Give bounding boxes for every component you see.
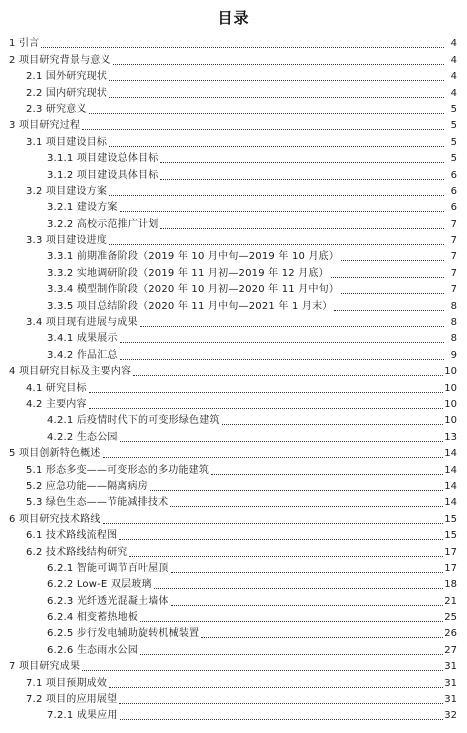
toc-entry[interactable]: 6.2.2 Low-E 双层玻璃18 [9, 577, 457, 593]
dot-leader [222, 424, 444, 425]
toc-page-number: 4 [445, 88, 457, 102]
toc-page-number: 31 [444, 661, 457, 675]
dot-leader [109, 80, 444, 81]
toc-page-number: 26 [444, 628, 457, 642]
dot-leader [120, 441, 444, 442]
dot-leader [103, 457, 444, 458]
dot-leader [331, 277, 444, 278]
toc-page-number: 14 [444, 448, 457, 462]
dot-leader [119, 539, 443, 540]
toc-entry-label: 6.2.5 步行发电辅助旋转机械装置 [47, 628, 199, 642]
toc-entry-label: 2 项目研究背景与意义 [9, 55, 111, 69]
toc-page-number: 5 [445, 120, 457, 134]
toc-page-number: 8 [445, 317, 457, 331]
toc-entry[interactable]: 3.4 项目现有进展与成果8 [9, 315, 457, 331]
toc-entry-label: 7.2 项目的应用展望 [26, 694, 117, 708]
toc-entry-label: 3.4.2 作品汇总 [47, 350, 118, 364]
toc-entry[interactable]: 3.3.4 模型制作阶段（2020 年 10 月初—2020 年 11 月中旬）… [9, 282, 457, 298]
dot-leader [171, 572, 444, 573]
toc-entry-label: 1 引言 [9, 38, 39, 52]
toc-page-number: 31 [444, 694, 457, 708]
toc-entry[interactable]: 2.3 研究意义5 [9, 102, 457, 118]
page-title: 目录 [0, 7, 467, 28]
toc-entry-label: 2.1 国外研究现状 [26, 71, 107, 85]
toc-entry[interactable]: 1 引言4 [9, 36, 457, 52]
dot-leader [334, 310, 444, 311]
toc-entry[interactable]: 5 项目创新特色概述14 [9, 446, 457, 462]
toc-entry-label: 3.1.2 项目建设具体目标 [47, 170, 158, 184]
toc-entry[interactable]: 7.2.1 成果应用32 [9, 708, 457, 724]
toc-entry[interactable]: 6.1 技术路线流程图15 [9, 528, 457, 544]
toc-entry-label: 7.1 项目预期成效 [26, 678, 107, 692]
dot-leader [170, 506, 443, 507]
toc-entry[interactable]: 3.3.2 实地调研阶段（2019 年 11 月初—2019 年 12 月底）7 [9, 265, 457, 281]
dot-leader [109, 97, 444, 98]
toc-entry-label: 2.2 国内研究现状 [26, 88, 107, 102]
toc-page-number: 7 [445, 219, 457, 233]
toc-page-number: 15 [444, 530, 457, 544]
toc-page-number: 5 [445, 153, 457, 167]
toc-page-number: 25 [444, 612, 457, 626]
toc-entry[interactable]: 3.3 项目建设进度7 [9, 233, 457, 249]
toc-entry[interactable]: 3.3.1 前期准备阶段（2019 年 10 月中旬—2019 年 10 月底）… [9, 249, 457, 265]
toc-page-number: 10 [444, 383, 457, 397]
toc-page-number: 10 [444, 415, 457, 429]
toc-entry-label: 2.3 研究意义 [26, 104, 87, 118]
toc-page-number: 7 [445, 235, 457, 249]
toc-entry[interactable]: 3.4.2 作品汇总9 [9, 347, 457, 363]
dot-leader [150, 490, 443, 491]
toc-entry[interactable]: 6.2.3 光纤透光混凝土墙体21 [9, 593, 457, 609]
toc-entry[interactable]: 4.2.1 后疫情时代下的可变形绿色建筑10 [9, 413, 457, 429]
dot-leader [109, 146, 444, 147]
toc-page-number: 14 [444, 465, 457, 479]
toc-entry-label: 3.1.1 项目建设总体目标 [47, 153, 158, 167]
toc-entry-label: 6 项目研究技术路线 [9, 514, 101, 528]
toc-entry-label: 5 项目创新特色概述 [9, 448, 101, 462]
toc-entry-label: 5.2 应急功能——隔离病房 [26, 481, 148, 495]
dot-leader [113, 64, 444, 65]
toc-entry[interactable]: 6.2.5 步行发电辅助旋转机械装置26 [9, 626, 457, 642]
toc-entry-label: 4.2.2 生态公园 [47, 432, 118, 446]
toc-entry-label: 3.4.1 成果展示 [47, 333, 118, 347]
toc-entry[interactable]: 3.1.1 项目建设总体目标5 [9, 151, 457, 167]
toc-page-number: 31 [444, 678, 457, 692]
toc-page-number: 32 [444, 710, 457, 724]
toc-entry[interactable]: 2 项目研究背景与意义4 [9, 52, 457, 68]
toc-entry[interactable]: 7.2 项目的应用展望31 [9, 692, 457, 708]
toc-page-number: 8 [445, 301, 457, 315]
dot-leader [89, 392, 444, 393]
toc-entry[interactable]: 3.1 项目建设目标5 [9, 134, 457, 150]
toc-entry-label: 6.2.3 光纤透光混凝土墙体 [47, 596, 169, 610]
dot-leader [201, 637, 443, 638]
dot-leader [120, 342, 444, 343]
dot-leader [120, 359, 444, 360]
toc-page-number: 4 [445, 55, 457, 69]
toc-entry-label: 6.2.1 智能可调节百叶屋顶 [47, 563, 169, 577]
toc-entry[interactable]: 2.2 国内研究现状4 [9, 85, 457, 101]
dot-leader [171, 605, 444, 606]
toc-page-number: 15 [444, 514, 457, 528]
toc-page-number: 17 [444, 563, 457, 577]
dot-leader [341, 293, 444, 294]
toc-entry[interactable]: 3.1.2 项目建设具体目标6 [9, 167, 457, 183]
toc-page-number: 14 [444, 497, 457, 511]
toc-entry[interactable]: 4 项目研究目标及主要内容10 [9, 364, 457, 380]
toc-entry-label: 6.2.4 相变蓄热地板 [47, 612, 138, 626]
toc-entry[interactable]: 6.2.4 相变蓄热地板25 [9, 610, 457, 626]
toc-entry-label: 6.2 技术路线结构研究 [26, 547, 127, 561]
toc-entry[interactable]: 3.2.1 建设方案6 [9, 200, 457, 216]
toc-entry-label: 4.2 主要内容 [26, 399, 87, 413]
toc-entry-label: 6.2.2 Low-E 双层玻璃 [47, 579, 152, 593]
toc-entry[interactable]: 3.3.5 项目总结阶段（2020 年 11 月中旬—2021 年 1 月末）8 [9, 298, 457, 314]
dot-leader [89, 113, 444, 114]
toc-entry[interactable]: 6.2.6 生态雨水公园27 [9, 642, 457, 658]
toc-entry-label: 6.1 技术路线流程图 [26, 530, 117, 544]
dot-leader [109, 195, 444, 196]
toc-page-number: 6 [445, 202, 457, 216]
toc-page-number: 5 [445, 137, 457, 151]
toc-entry-label: 3 项目研究过程 [9, 120, 80, 134]
toc-entry[interactable]: 2.1 国外研究现状4 [9, 69, 457, 85]
toc-page-number: 4 [445, 38, 457, 52]
toc-entry-label: 3.4 项目现有进展与成果 [26, 317, 138, 331]
toc-page-number: 17 [444, 547, 457, 561]
toc-entry-label: 5.3 绿色生态——节能减排技术 [26, 497, 168, 511]
dot-leader [109, 244, 444, 245]
dot-leader [129, 556, 443, 557]
toc-entry[interactable]: 3.4.1 成果展示8 [9, 331, 457, 347]
toc-entry[interactable]: 3 项目研究过程5 [9, 118, 457, 134]
toc-entry-label: 3.3.5 项目总结阶段（2020 年 11 月中旬—2021 年 1 月末） [47, 301, 332, 315]
toc-entry[interactable]: 7 项目研究成果31 [9, 659, 457, 675]
dot-leader [160, 228, 444, 229]
toc-entry[interactable]: 6.2 技术路线结构研究17 [9, 544, 457, 560]
toc-page-number: 21 [444, 596, 457, 610]
dot-leader [41, 47, 444, 48]
dot-leader [160, 162, 444, 163]
toc-page-number: 6 [445, 170, 457, 184]
toc-entry[interactable]: 3.2.2 高校示范推广计划7 [9, 216, 457, 232]
toc-entry[interactable]: 4.1 研究目标10 [9, 380, 457, 396]
dot-leader [154, 588, 444, 589]
dot-leader [119, 703, 443, 704]
toc-page-number: 6 [445, 186, 457, 200]
toc-entry[interactable]: 7.1 项目预期成效31 [9, 675, 457, 691]
toc-entry-label: 6.2.6 生态雨水公园 [47, 645, 138, 659]
dot-leader [160, 179, 444, 180]
toc-entry-label: 7 项目研究成果 [9, 661, 80, 675]
toc-entry-label: 7.2.1 成果应用 [47, 710, 118, 724]
toc-page-number: 13 [444, 432, 457, 446]
toc-page-number: 27 [444, 645, 457, 659]
toc-page-number: 10 [444, 399, 457, 413]
toc-page-number: 5 [445, 104, 457, 118]
toc-entry[interactable]: 4.2.2 生态公园13 [9, 429, 457, 445]
toc-entry[interactable]: 6.2.1 智能可调节百叶屋顶17 [9, 561, 457, 577]
toc-entry-label: 3.3 项目建设进度 [26, 235, 107, 249]
toc-list: 1 引言42 项目研究背景与意义42.1 国外研究现状42.2 国内研究现状42… [0, 36, 467, 724]
toc-page-number: 18 [444, 579, 457, 593]
toc-page-number: 8 [445, 333, 457, 347]
toc-entry[interactable]: 5.1 形态多变——可变形态的多功能建筑14 [9, 462, 457, 478]
toc-entry-label: 4.2.1 后疫情时代下的可变形绿色建筑 [47, 415, 220, 429]
toc-entry-label: 4.1 研究目标 [26, 383, 87, 397]
dot-leader [89, 408, 444, 409]
toc-entry-label: 3.1 项目建设目标 [26, 137, 107, 151]
toc-entry-label: 4 项目研究目标及主要内容 [9, 366, 131, 380]
toc-page-number: 10 [444, 366, 457, 380]
toc-page-number: 9 [445, 350, 457, 364]
toc-entry-label: 3.2.1 建设方案 [47, 202, 118, 216]
toc-entry-label: 3.3.4 模型制作阶段（2020 年 10 月初—2020 年 11 月中旬） [47, 284, 339, 298]
toc-page-number: 7 [445, 268, 457, 282]
dot-leader [341, 260, 444, 261]
toc-page-number: 14 [444, 481, 457, 495]
dot-leader [82, 670, 443, 671]
toc-entry[interactable]: 3.2 项目建设方案6 [9, 184, 457, 200]
toc-entry[interactable]: 5.2 应急功能——隔离病房14 [9, 479, 457, 495]
toc-entry[interactable]: 5.3 绿色生态——节能减排技术14 [9, 495, 457, 511]
toc-entry-label: 3.3.2 实地调研阶段（2019 年 11 月初—2019 年 12 月底） [47, 268, 329, 282]
toc-page-number: 7 [445, 284, 457, 298]
toc-entry-label: 3.2.2 高校示范推广计划 [47, 219, 158, 233]
dot-leader [120, 211, 444, 212]
dot-leader [109, 687, 443, 688]
document-page: 目录 1 引言42 项目研究背景与意义42.1 国外研究现状42.2 国内研究现… [0, 7, 467, 733]
toc-entry-label: 5.1 形态多变——可变形态的多功能建筑 [26, 465, 209, 479]
toc-page-number: 4 [445, 71, 457, 85]
toc-page-number: 7 [445, 251, 457, 265]
toc-entry[interactable]: 6 项目研究技术路线15 [9, 511, 457, 527]
dot-leader [140, 326, 444, 327]
toc-entry-label: 3.2 项目建设方案 [26, 186, 107, 200]
toc-entry-label: 3.3.1 前期准备阶段（2019 年 10 月中旬—2019 年 10 月底） [47, 251, 339, 265]
dot-leader [140, 621, 443, 622]
dot-leader [82, 129, 444, 130]
dot-leader [140, 654, 443, 655]
dot-leader [211, 474, 443, 475]
dot-leader [133, 375, 443, 376]
dot-leader [120, 719, 444, 720]
toc-entry[interactable]: 4.2 主要内容10 [9, 397, 457, 413]
dot-leader [103, 523, 444, 524]
